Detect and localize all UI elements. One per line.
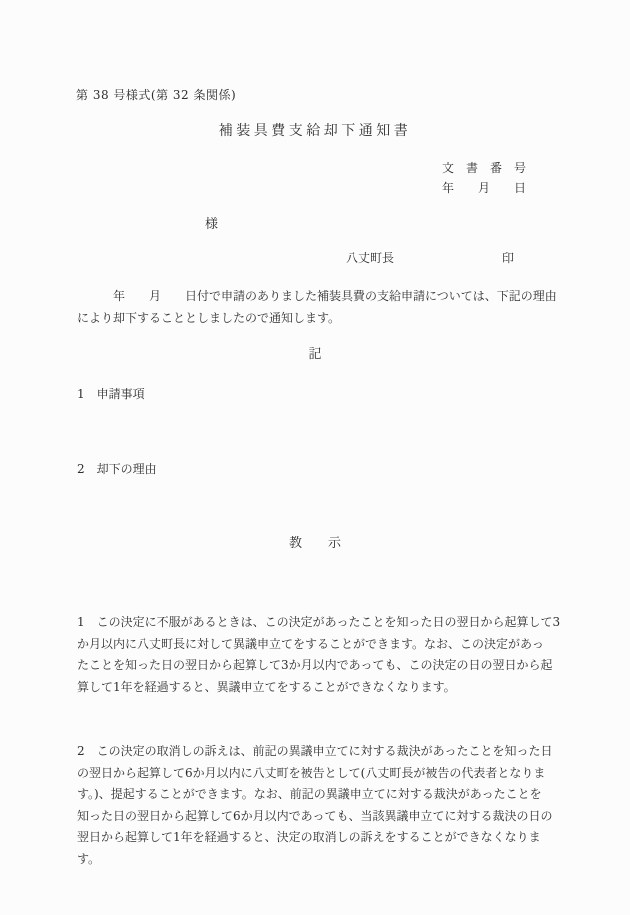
- document-title: 補装具費支給却下通知書: [0, 123, 630, 139]
- form-number: 第 38 号様式(第 32 条関係): [76, 89, 236, 103]
- issuer-name: 八丈町長: [346, 252, 394, 266]
- issue-date-line: 年 月 日: [442, 182, 526, 196]
- seal-placeholder: 印: [502, 252, 514, 266]
- section-application-items: 1 申請事項: [77, 388, 145, 402]
- guidance-item-objection: 1 この決定に不服があるときは、この決定があったことを知った日の翌日から起算して…: [77, 612, 560, 698]
- document-number-label: 文 書 番 号: [442, 162, 526, 176]
- notice-body-paragraph: 年 月 日付で申請のありました補装具費の支給申請については、下記の理由 により却…: [77, 285, 557, 329]
- addressee-honorific: 様: [205, 218, 218, 233]
- section-rejection-reason: 2 却下の理由: [77, 463, 157, 477]
- record-heading: 記: [0, 348, 630, 363]
- guidance-heading: 教 示: [0, 537, 630, 552]
- guidance-block: 1 この決定に不服があるときは、この決定があったことを知った日の翌日から起算して…: [77, 569, 560, 913]
- rejection-notice-page: 第 38 号様式(第 32 条関係) 補装具費支給却下通知書 文 書 番 号 年…: [0, 0, 630, 915]
- guidance-item-revocation-suit: 2 この決定の取消しの訴えは、前記の異議申立てに対する裁決があったことを知った日…: [77, 741, 560, 870]
